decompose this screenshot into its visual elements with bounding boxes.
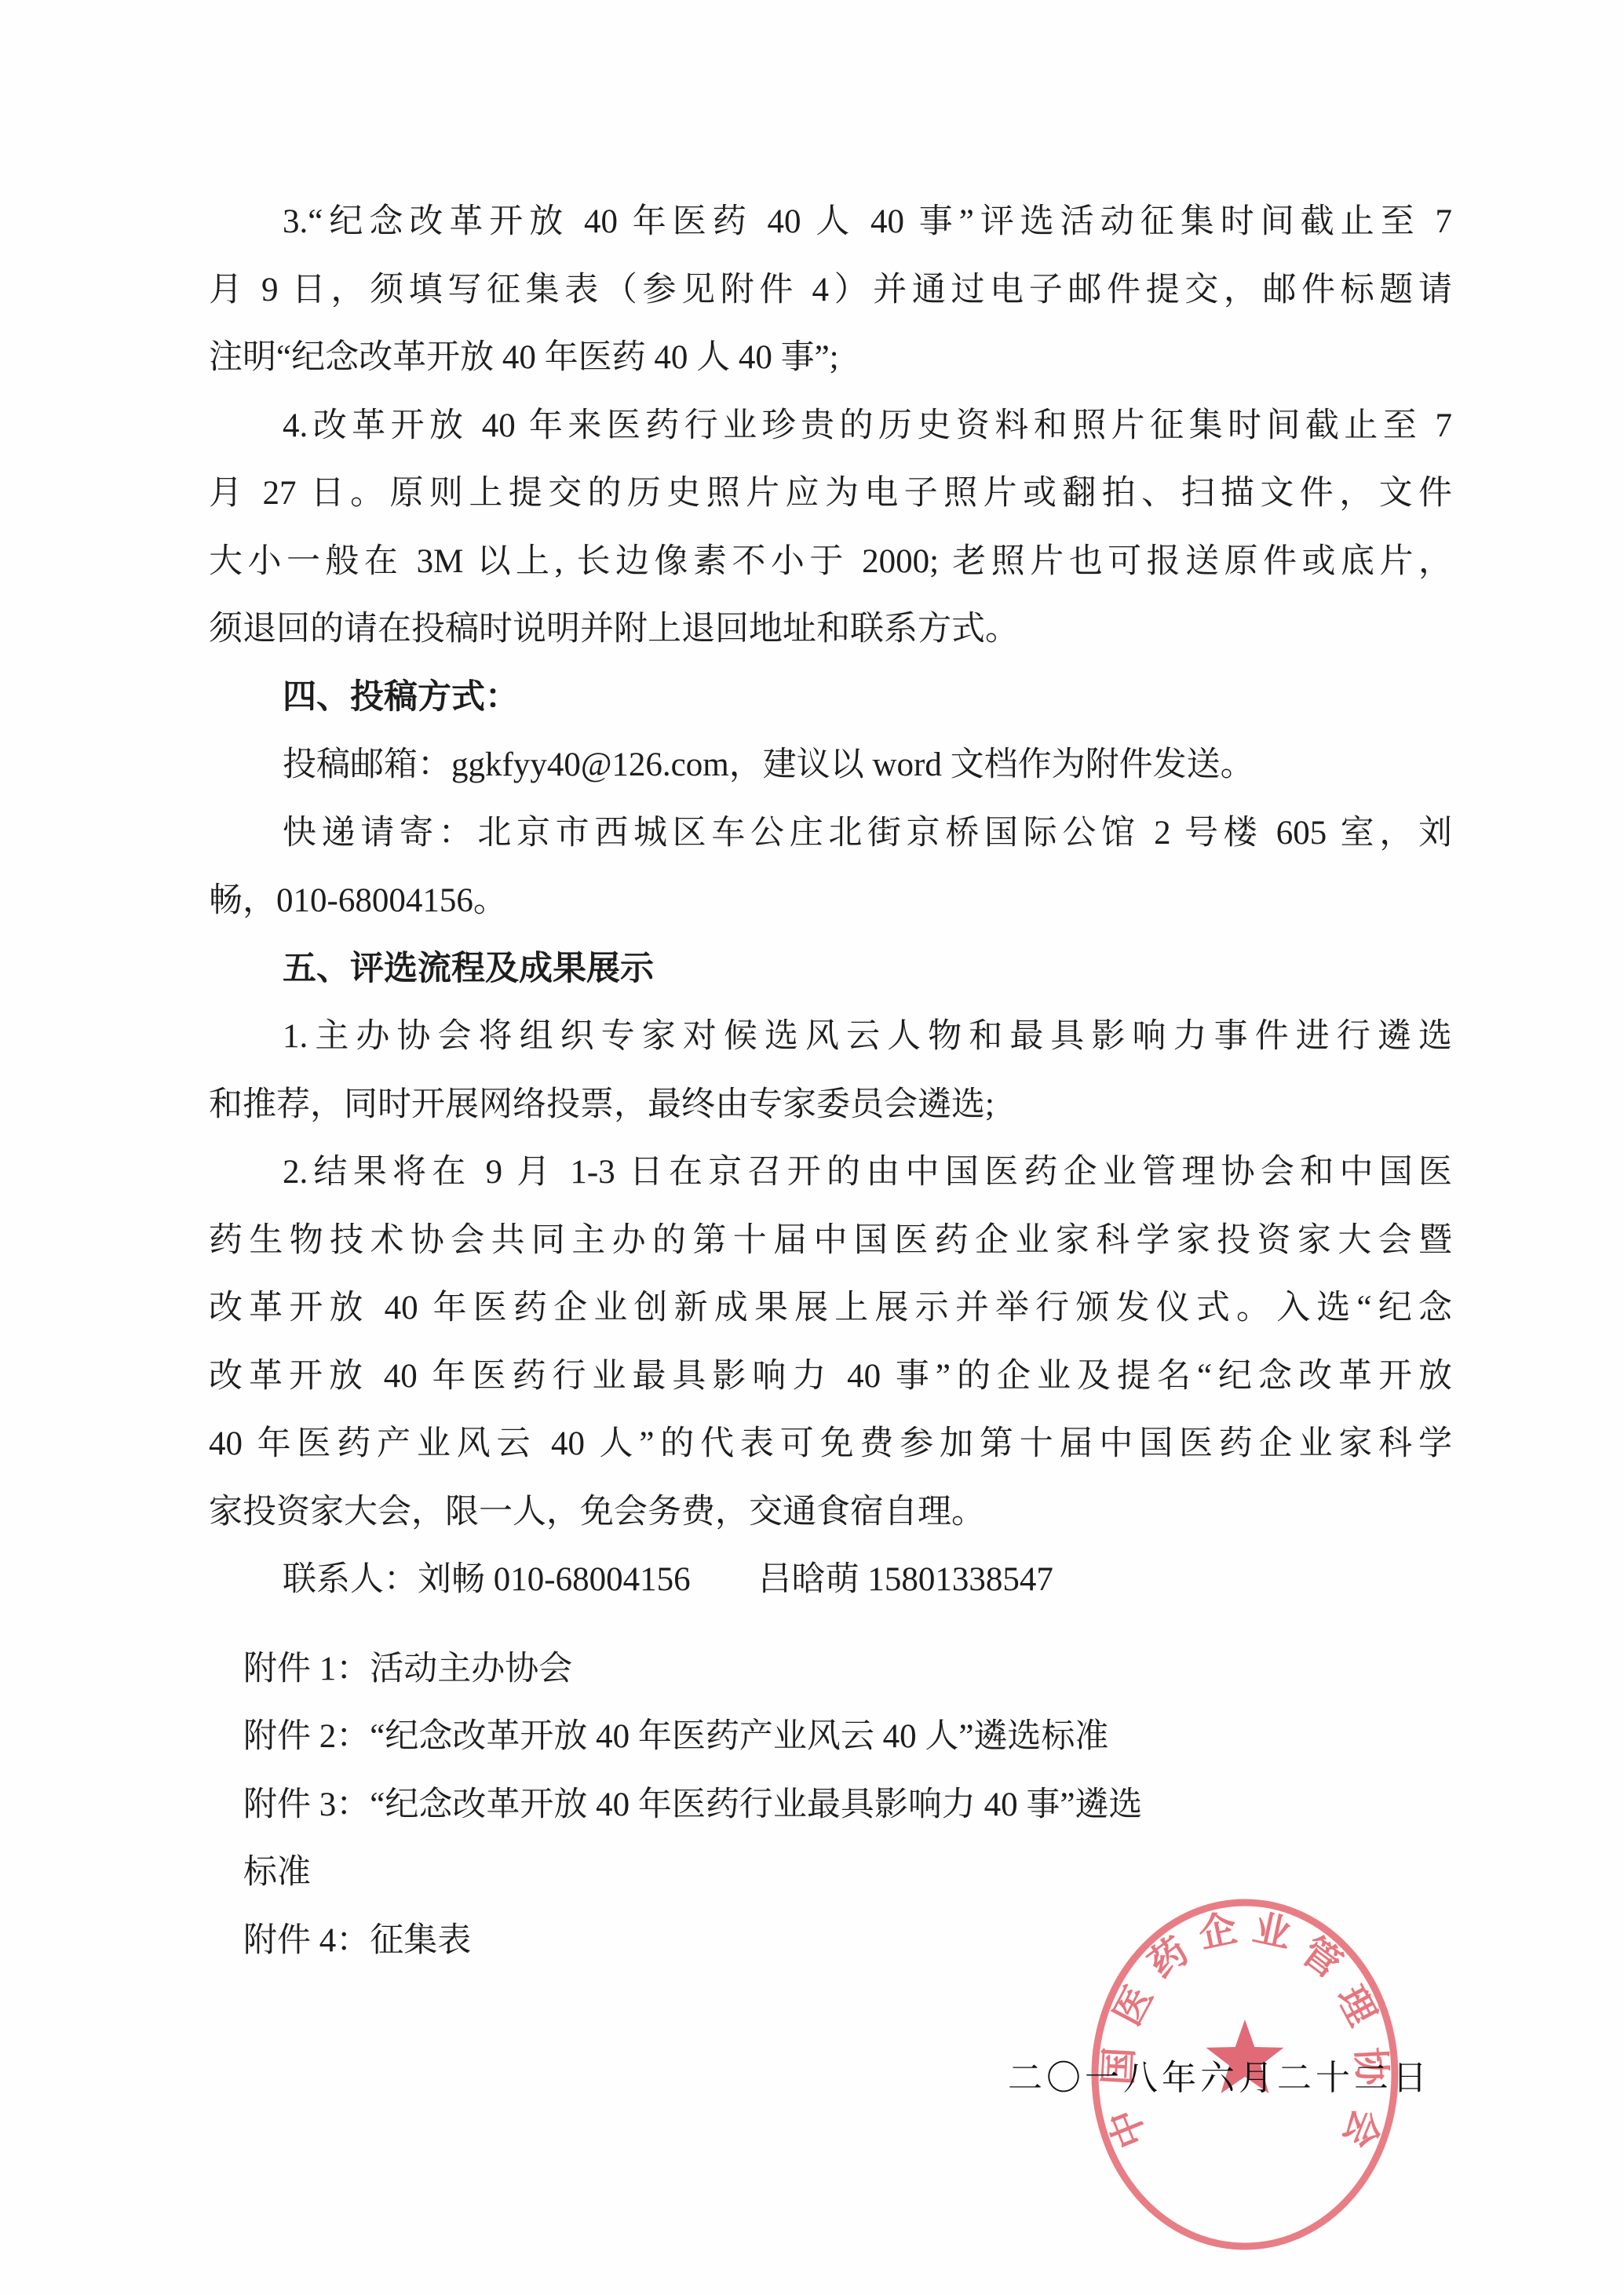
body-line: 2.结果将在 9 月 1-3 日在京召开的由中国医药企业管理协会和中国医 bbox=[209, 1139, 1452, 1207]
body-line-contacts: 联系人：刘畅 010-68004156 吕晗萌 15801338547 bbox=[209, 1546, 1452, 1615]
document-date: 二〇一八年六月二十二日 bbox=[1008, 2058, 1431, 2100]
section-heading-submission: 四、投稿方式： bbox=[209, 664, 1452, 732]
attachment-item-2: 附件 2：“纪念改革开放 40 年医药产业风云 40 人”遴选标准 bbox=[209, 1703, 1452, 1771]
body-line: 须退回的请在投稿时说明并附上退回地址和联系方式。 bbox=[209, 596, 1452, 664]
body-line-address: 快递请寄：北京市西城区车公庄北街京桥国际公馆 2 号楼 605 室，刘 bbox=[209, 800, 1452, 868]
seal-char: 业 bbox=[1249, 1907, 1294, 1956]
body-line: 3.“纪念改革开放 40 年医药 40 人 40 事”评选活动征集时间截止至 7 bbox=[209, 188, 1452, 257]
seal-char: 企 bbox=[1195, 1907, 1241, 1956]
body-line: 药生物技术协会共同主办的第十届中国医药企业家科学家投资家大会暨 bbox=[209, 1207, 1452, 1275]
body-line: 大小一般在 3M 以上, 长边像素不小于 2000; 老照片也可报送原件或底片， bbox=[209, 528, 1452, 597]
body-line: 月 27 日。原则上提交的历史照片应为电子照片或翻拍、扫描文件，文件 bbox=[209, 460, 1452, 528]
body-line: 和推荐，同时开展网络投票，最终由专家委员会遴选; bbox=[209, 1071, 1452, 1140]
section-heading-process: 五、评选流程及成果展示 bbox=[209, 936, 1452, 1004]
body-line: 注明“纪念改革开放 40 年医药 40 人 40 事”; bbox=[209, 324, 1452, 392]
attachment-item-1: 附件 1：活动主办协会 bbox=[209, 1636, 1452, 1704]
body-line: 月 9 日，须填写征集表（参见附件 4）并通过电子邮件提交，邮件标题请 bbox=[209, 257, 1452, 325]
body-line: 改革开放 40 年医药行业最具影响力 40 事”的企业及提名“纪念改革开放 bbox=[209, 1343, 1452, 1411]
body-line: 4.改革开放 40 年来医药行业珍贵的历史资料和照片征集时间截止至 7 bbox=[209, 392, 1452, 461]
body-line: 改革开放 40 年医药企业创新成果展上展示并举行颁发仪式。入选“纪念 bbox=[209, 1275, 1452, 1343]
body-line: 家投资家大会，限一人，免会务费，交通食宿自理。 bbox=[209, 1479, 1452, 1547]
body-line-email: 投稿邮箱：ggkfyy40@126.com，建议以 word 文档作为附件发送。 bbox=[209, 732, 1452, 800]
document-body: 3.“纪念改革开放 40 年医药 40 人 40 事”评选活动征集时间截止至 7… bbox=[209, 188, 1452, 1975]
attachment-item-3: 附件 3：“纪念改革开放 40 年医药行业最具影响力 40 事”遴选 bbox=[209, 1771, 1452, 1840]
scanned-document-page: 3.“纪念改革开放 40 年医药 40 人 40 事”评选活动征集时间截止至 7… bbox=[0, 0, 1624, 2295]
body-line: 1.主办协会将组织专家对候选风云人物和最具影响力事件进行遴选 bbox=[209, 1003, 1452, 1071]
body-line: 畅，010-68004156。 bbox=[209, 867, 1452, 936]
body-line: 40 年医药产业风云 40 人”的代表可免费参加第十届中国医药企业家科学 bbox=[209, 1410, 1452, 1479]
